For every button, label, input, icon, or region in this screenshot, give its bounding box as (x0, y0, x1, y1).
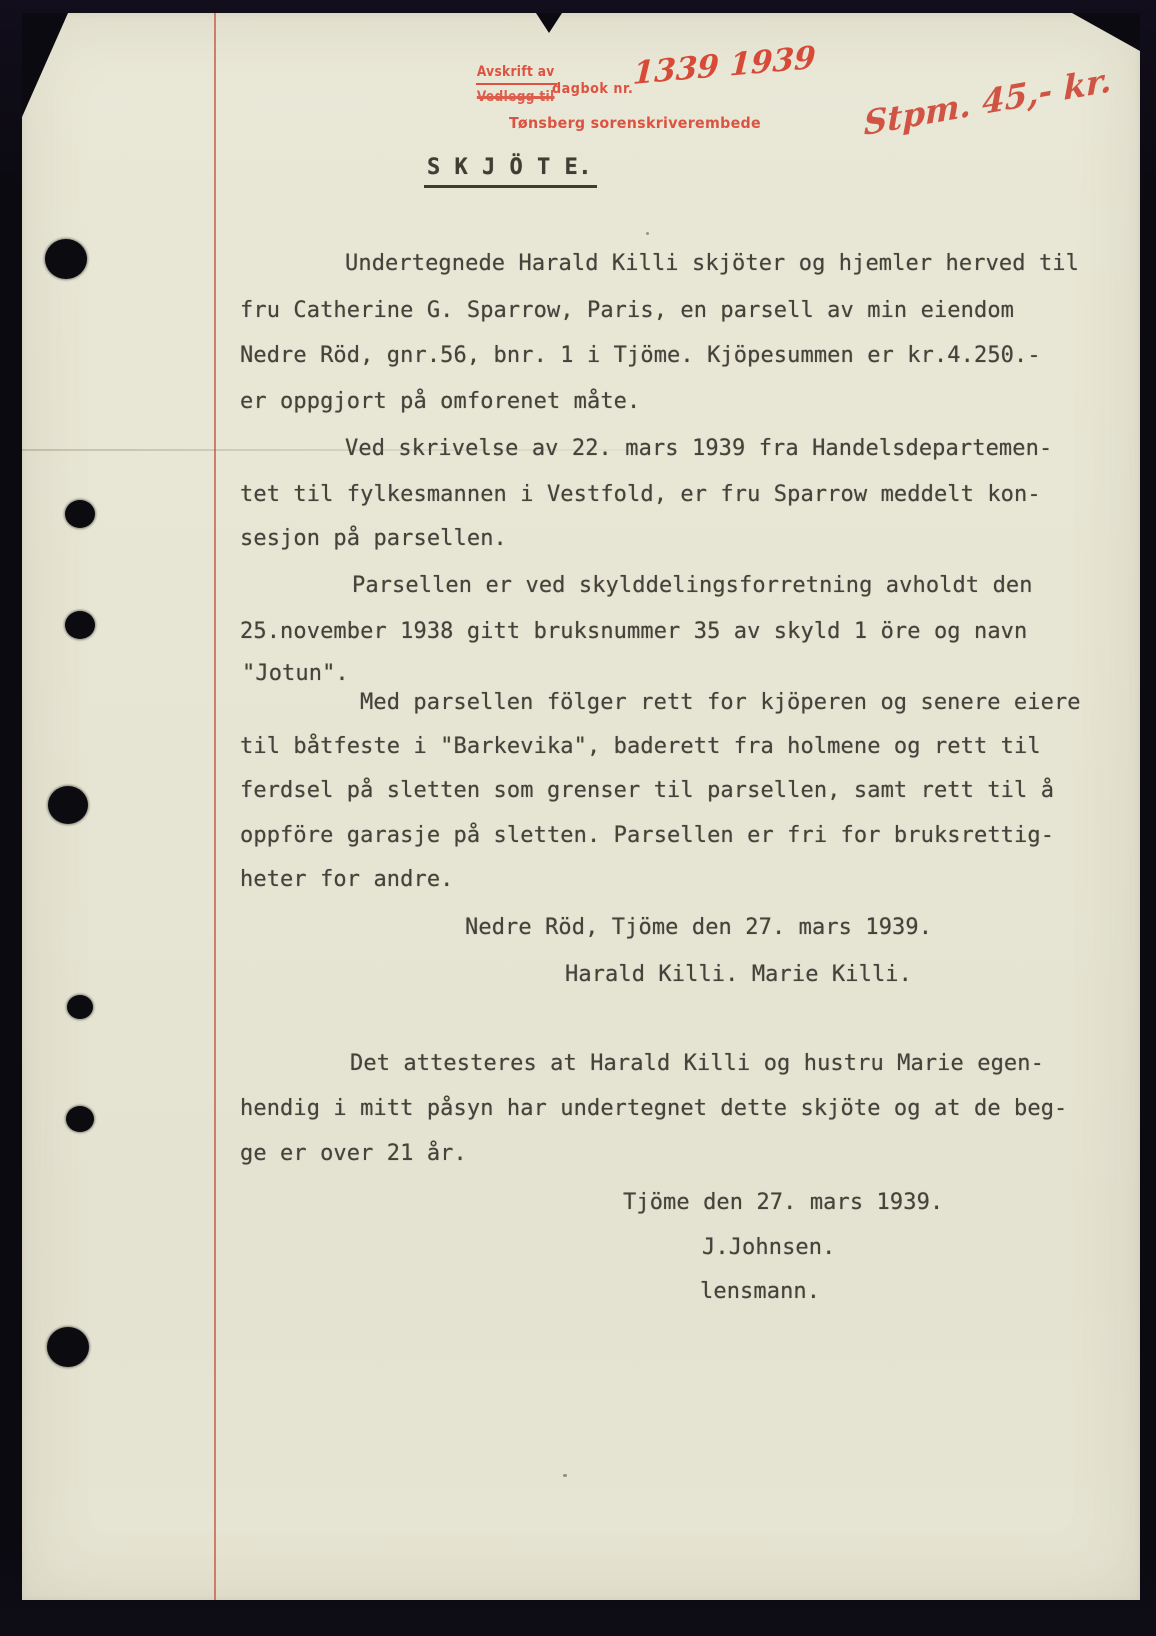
punch-hole (47, 1327, 89, 1367)
typed-line: til båtfeste i "Barkevika", baderett fra… (240, 734, 1041, 759)
registry-stamp: Avskrift av Vedlegg til dagbok nr. 1339 … (476, 64, 806, 139)
typed-line: Undertegnede Harald Killi skjöter og hje… (345, 251, 1079, 276)
stamp-vedlegg-struck-label: Vedlegg til (476, 89, 555, 105)
punch-hole (48, 786, 88, 824)
typed-line: ge er over 21 år. (240, 1141, 467, 1166)
stamp-dagbok-label: dagbok nr. (552, 81, 633, 97)
typed-line: Nedre Röd, gnr.56, bnr. 1 i Tjöme. Kjöpe… (240, 343, 1041, 368)
typed-line: oppföre garasje på sletten. Parsellen er… (240, 823, 1054, 848)
stamp-avskrift-label: Avskrift av (476, 64, 558, 85)
red-margin-line (214, 13, 216, 1600)
typed-line: Nedre Röd, Tjöme den 27. mars 1939. (465, 915, 932, 940)
typed-line: J.Johnsen. (702, 1235, 835, 1260)
punch-hole (45, 239, 87, 279)
punch-hole (65, 500, 95, 528)
typed-line: heter for andre. (240, 867, 454, 892)
typed-line: tet til fylkesmannen i Vestfold, er fru … (240, 482, 1041, 507)
typed-line: Parsellen er ved skylddelingsforretning … (352, 573, 1033, 598)
typed-line: Tjöme den 27. mars 1939. (623, 1190, 943, 1215)
punch-hole (65, 611, 95, 639)
typed-line: lensmann. (700, 1279, 820, 1304)
typed-line: hendig i mitt påsyn har undertegnet dett… (240, 1096, 1067, 1121)
typed-line: Harald Killi. Marie Killi. (565, 962, 912, 987)
typed-line: 25.november 1938 gitt bruksnummer 35 av … (240, 619, 1027, 644)
typed-line: Ved skrivelse av 22. mars 1939 fra Hande… (345, 436, 1052, 461)
typed-line: "Jotun". (242, 661, 349, 686)
typed-line: ferdsel på sletten som grenser til parse… (240, 778, 1054, 803)
typed-line: Det attesteres at Harald Killi og hustru… (350, 1051, 1044, 1076)
punch-hole (66, 1106, 94, 1132)
document-title: S K J Ö T E. (424, 155, 597, 188)
paper-speck (563, 1474, 567, 1477)
scanned-page: Avskrift av Vedlegg til dagbok nr. 1339 … (0, 0, 1156, 1636)
typed-line: sesjon på parsellen. (240, 526, 507, 551)
paper-speck (646, 232, 649, 235)
punch-hole (67, 995, 93, 1019)
typed-line: fru Catherine G. Sparrow, Paris, en pars… (240, 298, 1014, 323)
typed-line: Med parsellen fölger rett for kjöperen o… (360, 690, 1081, 715)
stamp-office-name: Tønsberg sorenskriverembede (509, 114, 761, 132)
typed-line: er oppgjort på omforenet måte. (240, 389, 640, 414)
